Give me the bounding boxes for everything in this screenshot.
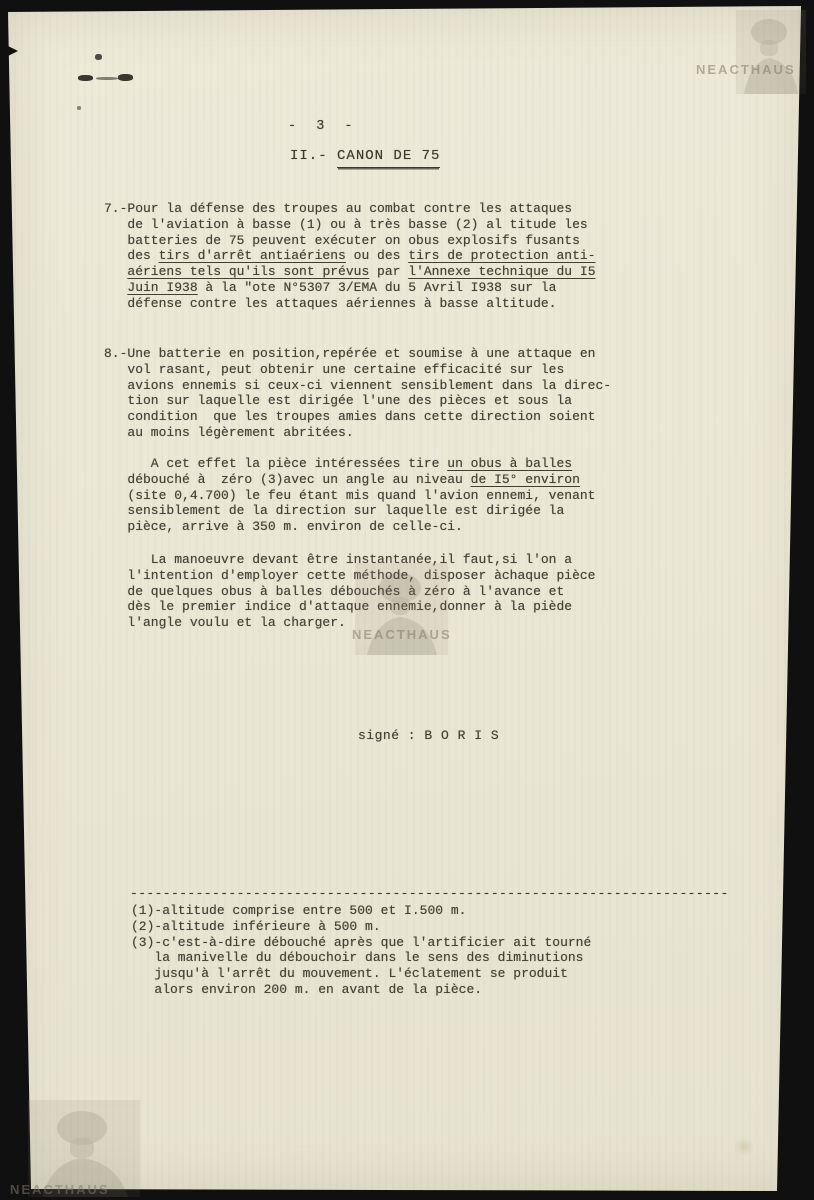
paragraph-10: La manoeuvre devant être instantanée,il … bbox=[104, 552, 595, 631]
typed-line: vol rasant, peut obtenir une certaine ef… bbox=[104, 362, 611, 378]
typed-line: jusqu'à l'arrêt du mouvement. L'éclateme… bbox=[131, 966, 591, 982]
section-heading: II.- CANON DE 75 bbox=[290, 149, 440, 168]
section-heading-prefix: II.- bbox=[290, 148, 337, 164]
scanned-document-page: - 3 - II.- CANON DE 75 7.-Pour la défens… bbox=[0, 0, 814, 1200]
watermark-text-top-right: NEACTHAUS bbox=[696, 62, 796, 77]
page-number: - 3 - bbox=[288, 119, 359, 135]
typed-line: la manivelle du débouchoir dans le sens … bbox=[131, 950, 591, 966]
footnote-divider: ----------------------------------------… bbox=[130, 886, 729, 902]
typed-line: batteries de 75 peuvent exécuter on obus… bbox=[104, 233, 596, 249]
ink-speck bbox=[96, 77, 118, 80]
footnotes: (1)-altitude comprise entre 500 et I.500… bbox=[131, 903, 591, 998]
typed-line: condition que les troupes amies dans cet… bbox=[104, 409, 611, 425]
typed-line: La manoeuvre devant être instantanée,il … bbox=[104, 552, 595, 568]
ink-speck bbox=[95, 54, 102, 60]
watermark-stamp-top-right bbox=[736, 10, 806, 94]
typed-line: A cet effet la pièce intéressées tire un… bbox=[104, 456, 595, 472]
watermark-text-bottom-left: NEACTHAUS bbox=[10, 1182, 110, 1197]
typed-line: alors environ 200 m. en avant de la pièc… bbox=[131, 982, 591, 998]
signature-line: signé : B O R I S bbox=[358, 728, 499, 744]
ink-speck bbox=[77, 106, 81, 110]
ink-speck bbox=[78, 75, 93, 81]
watermark-text-middle: NEACTHAUS bbox=[352, 627, 452, 642]
paragraph-9: A cet effet la pièce intéressées tire un… bbox=[104, 456, 595, 535]
typed-line: (1)-altitude comprise entre 500 et I.500… bbox=[131, 903, 591, 919]
typed-line: l'intention d'employer cette méthode, di… bbox=[104, 568, 595, 584]
typed-line: 8.-Une batterie en position,repérée et s… bbox=[104, 346, 611, 362]
typed-line: défense contre les attaques aériennes à … bbox=[104, 296, 596, 312]
typed-line: sensiblement de la direction sur laquell… bbox=[104, 503, 595, 519]
section-heading-title: CANON DE 75 bbox=[337, 149, 440, 168]
typed-line: de quelques obus à balles débouchés à zé… bbox=[104, 584, 595, 600]
typed-line: débouché à zéro (3)avec un angle au nive… bbox=[104, 472, 595, 488]
typed-line: Juin I938 à la "ote N°5307 3/EMA du 5 Av… bbox=[104, 280, 596, 296]
ink-speck bbox=[118, 74, 133, 81]
typed-line: (3)-c'est-à-dire débouché après que l'ar… bbox=[131, 935, 591, 951]
typed-line: (2)-altitude inférieure à 500 m. bbox=[131, 919, 591, 935]
typed-line: tion sur laquelle est dirigée l'une des … bbox=[104, 393, 611, 409]
typed-line: au moins légèrement abritées. bbox=[104, 425, 611, 441]
paragraph-7: 7.-Pour la défense des troupes au combat… bbox=[104, 201, 596, 312]
typed-line: des tirs d'arrêt antiaériens ou des tirs… bbox=[104, 248, 596, 264]
typed-line: 7.-Pour la défense des troupes au combat… bbox=[104, 201, 596, 217]
soldier-photo-icon bbox=[736, 10, 806, 94]
typed-line: aériens tels qu'ils sont prévus par l'An… bbox=[104, 264, 596, 280]
paper-stain bbox=[733, 1138, 755, 1156]
typed-line: de l'aviation à basse (1) ou à très bass… bbox=[104, 217, 596, 233]
typed-line: avions ennemis si ceux-ci viennent sensi… bbox=[104, 378, 611, 394]
typed-line: dès le premier indice d'attaque ennemie,… bbox=[104, 599, 595, 615]
typed-line: (site 0,4.700) le feu étant mis quand l'… bbox=[104, 488, 595, 504]
typed-line: pièce, arrive à 350 m. environ de celle-… bbox=[104, 519, 595, 535]
paragraph-8: 8.-Une batterie en position,repérée et s… bbox=[104, 346, 611, 441]
typed-line: l'angle voulu et la charger. bbox=[104, 615, 595, 631]
